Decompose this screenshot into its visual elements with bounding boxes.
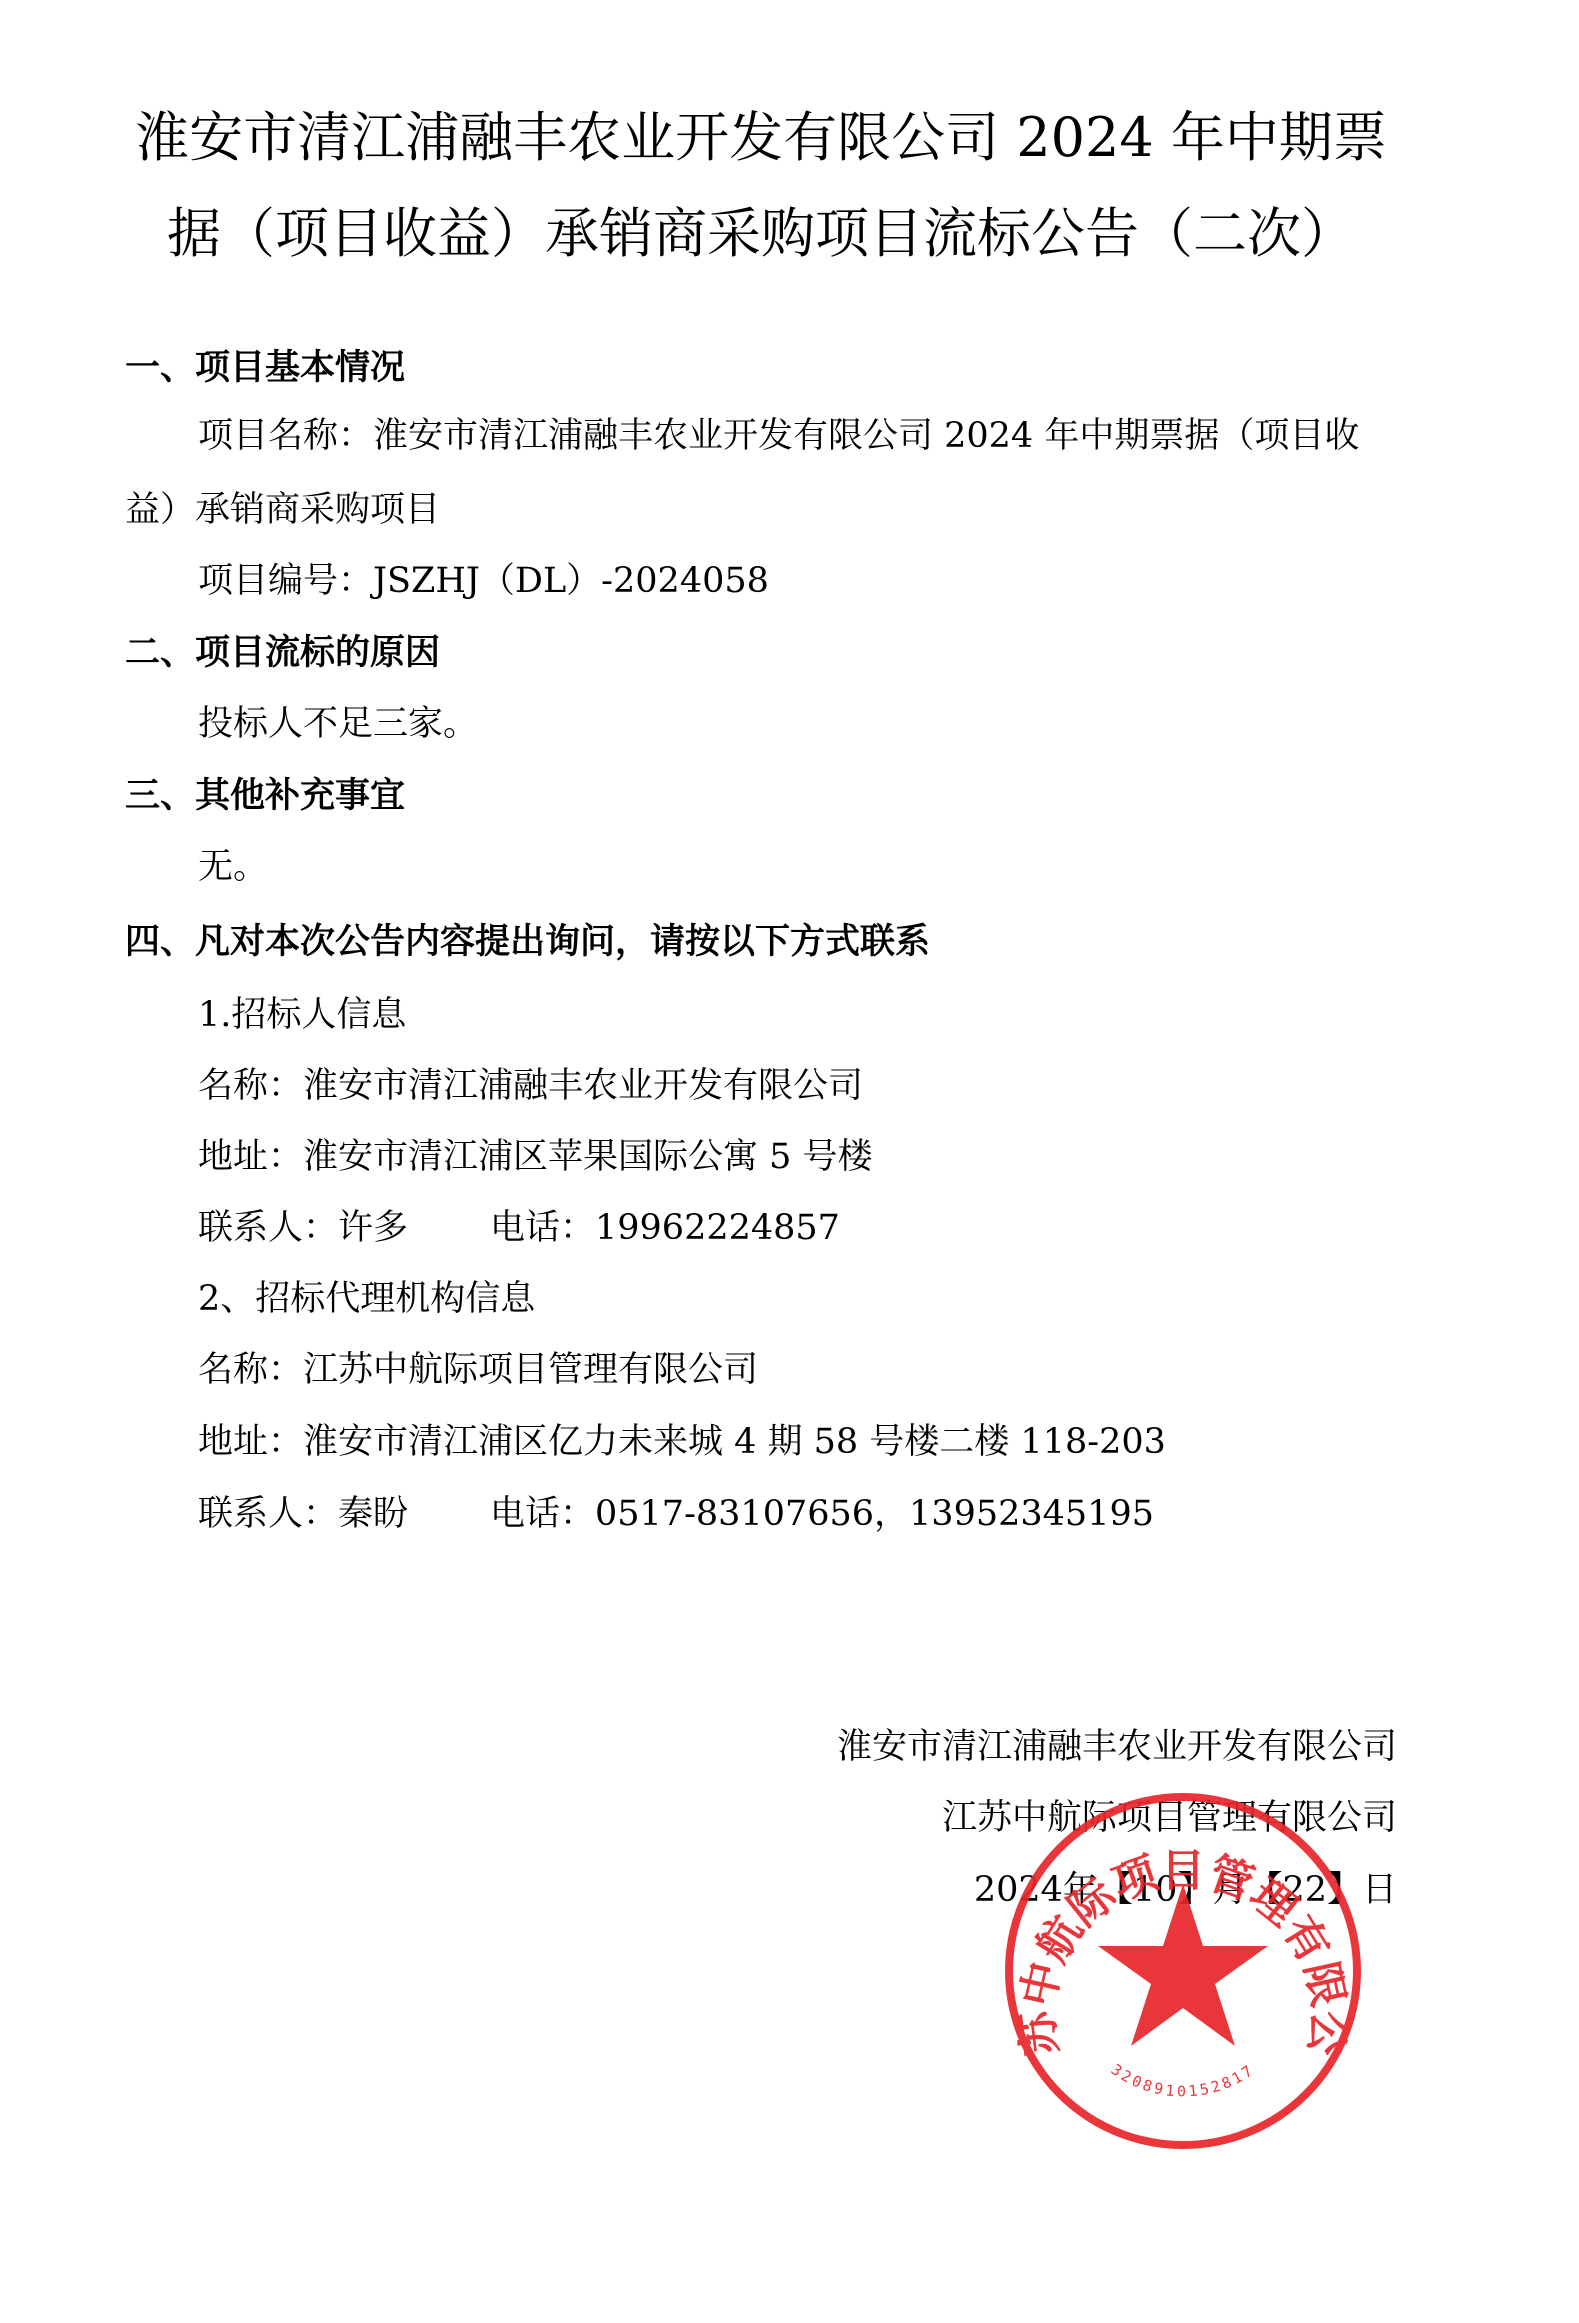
section-heading-other-matters: 三、其他补充事宜 <box>125 776 405 816</box>
signature-org-1: 淮安市清江浦融丰农业开发有限公司 <box>837 1727 1397 1767</box>
agency-name: 名称：江苏中航际项目管理有限公司 <box>198 1350 758 1390</box>
project-name-line-2: 益）承销商采购项目 <box>125 490 440 530</box>
section-heading-failure-reason: 二、项目流标的原因 <box>125 633 440 673</box>
tenderer-contact: 联系人：许多 <box>198 1208 408 1248</box>
signature-org-2: 江苏中航际项目管理有限公司 <box>942 1798 1397 1838</box>
agency-address: 地址：淮安市清江浦区亿力未来城 4 期 58 号楼二楼 118-203 <box>198 1422 1166 1462</box>
agency-contact: 联系人：秦盼 <box>198 1494 408 1534</box>
section-heading-contact: 四、凡对本次公告内容提出询问，请按以下方式联系 <box>125 922 930 962</box>
document-page: 淮安市清江浦融丰农业开发有限公司 2024 年中期票 据（项目收益）承销商采购项… <box>0 0 1579 2323</box>
tenderer-info-label: 1.招标人信息 <box>198 995 406 1035</box>
svg-text:3208910152817: 3208910152817 <box>1108 2060 1259 2100</box>
tenderer-phone: 电话：19962224857 <box>490 1208 840 1248</box>
document-title-line-1: 淮安市清江浦融丰农业开发有限公司 2024 年中期票 <box>125 108 1397 168</box>
tenderer-address: 地址：淮安市清江浦区苹果国际公寓 5 号楼 <box>198 1137 873 1177</box>
agency-phone: 电话：0517-83107656，13952345195 <box>490 1494 1154 1534</box>
signature-date: 2024年【10】月【22】日 <box>974 1870 1397 1910</box>
section-heading-basic-info: 一、项目基本情况 <box>125 348 405 388</box>
official-seal-icon: 江苏中航际项目管理有限公司 3208910152817 <box>1000 1788 1366 2154</box>
failure-reason-text: 投标人不足三家。 <box>198 704 478 744</box>
document-title-line-2: 据（项目收益）承销商采购项目流标公告（二次） <box>125 204 1397 264</box>
agency-info-label: 2、招标代理机构信息 <box>198 1279 535 1319</box>
tenderer-name: 名称：淮安市清江浦融丰农业开发有限公司 <box>198 1066 863 1106</box>
project-number: 项目编号：JSZHJ（DL）-2024058 <box>198 561 769 601</box>
other-matters-text: 无。 <box>198 847 268 887</box>
project-name-line-1: 项目名称：淮安市清江浦融丰农业开发有限公司 2024 年中期票据（项目收 <box>198 416 1359 456</box>
